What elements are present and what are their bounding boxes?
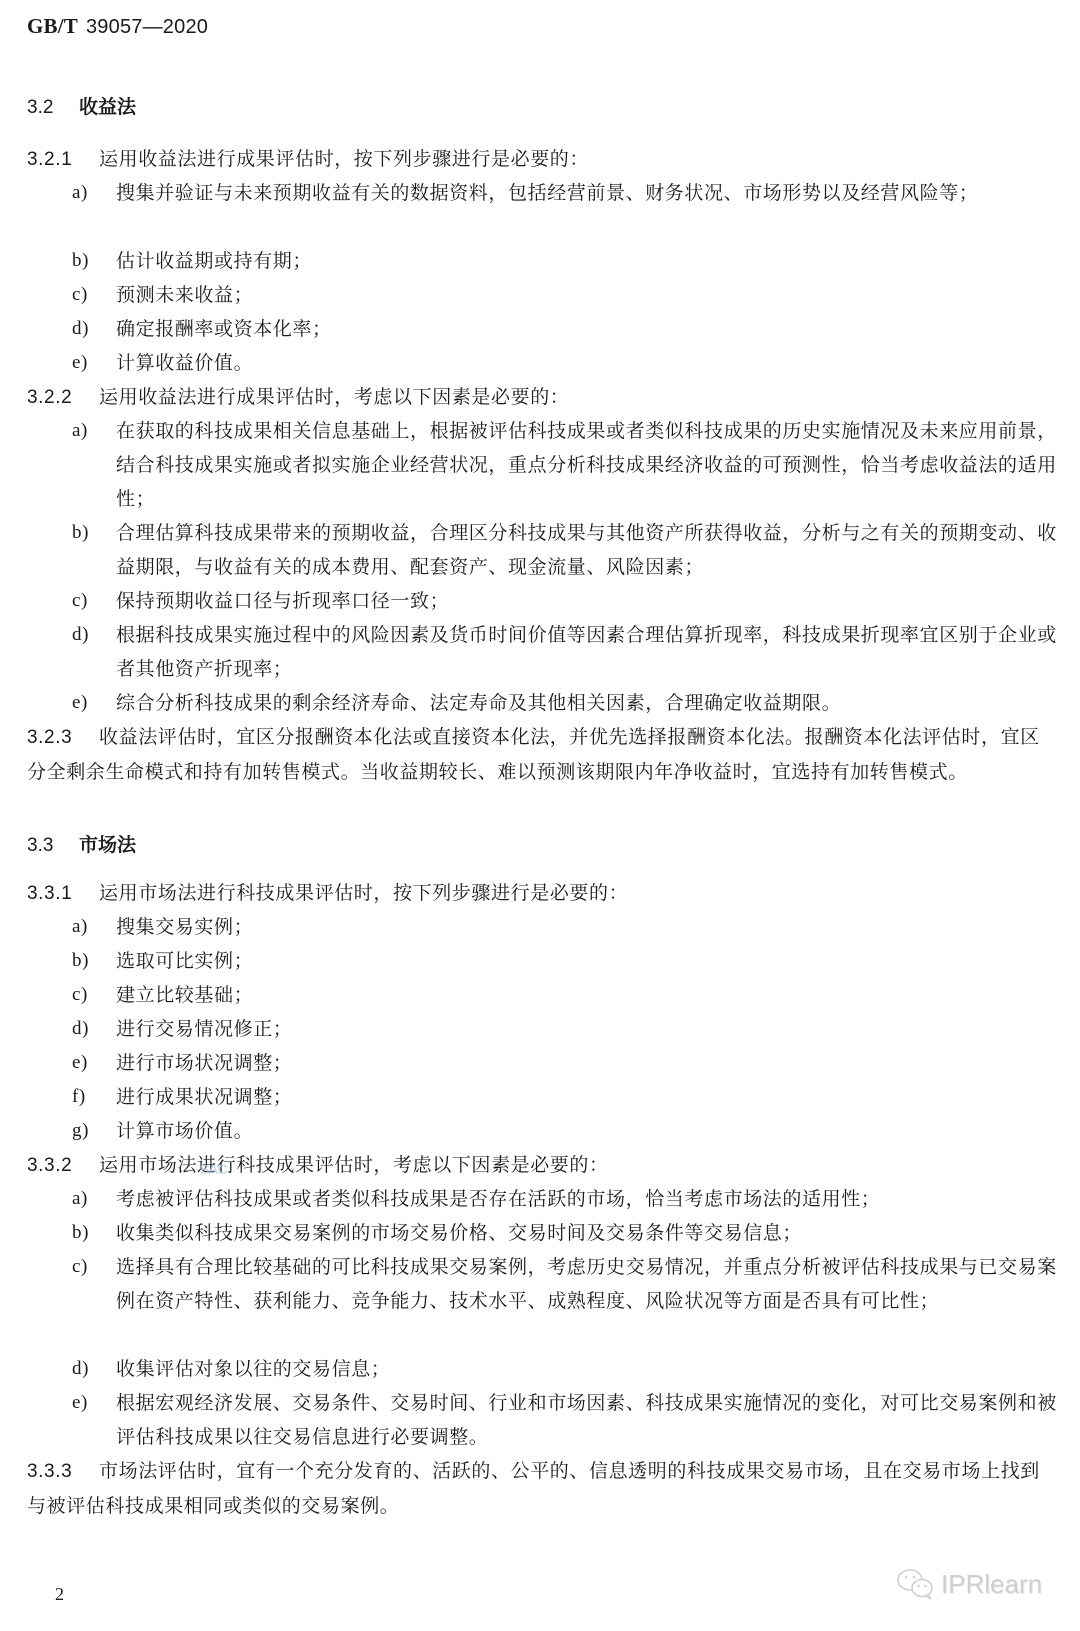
standard-prefix: GB/T xyxy=(27,14,78,38)
standard-code: GB/T39057—2020 xyxy=(27,14,208,39)
list-item: b)合理估算科技成果带来的预期收益，合理区分科技成果与其他资产所获得收益，分析与… xyxy=(72,516,1057,584)
list-item: e)进行市场状况调整； xyxy=(72,1046,1057,1080)
list-item: a)搜集交易实例； xyxy=(72,910,1057,944)
section-heading-3-3: 3.3市场法 xyxy=(27,830,136,857)
clause-text: 市场法评估时，宜有一个充分发育的、活跃的、公平的、信息透明的科技成果交易市场，且… xyxy=(27,1460,1040,1517)
list-item: f)进行成果状况调整； xyxy=(72,1080,1057,1114)
list-item: e)计算收益价值。 xyxy=(72,346,1057,380)
page-number: 2 xyxy=(55,1584,64,1605)
clause-3-2-1: 3.2.1运用收益法进行成果评估时，按下列步骤进行是必要的： xyxy=(27,142,1057,177)
list-item: e)根据宏观经济发展、交易条件、交易时间、行业和市场因素、科技成果实施情况的变化… xyxy=(72,1386,1057,1454)
wechat-icon xyxy=(895,1567,937,1601)
list-item: c)建立比较基础； xyxy=(72,978,1057,1012)
clause-3-3-3: 3.3.3市场法评估时，宜有一个充分发育的、活跃的、公平的、信息透明的科技成果交… xyxy=(27,1454,1057,1523)
clause-text: 运用收益法进行成果评估时，考虑以下因素是必要的： xyxy=(99,386,569,408)
list-item: c)选择具有合理比较基础的可比科技成果交易案例，考虑历史交易情况，并重点分析被评… xyxy=(72,1250,1057,1318)
wechat-watermark: IPRlearn xyxy=(895,1567,1042,1601)
list-item: d)收集评估对象以往的交易信息； xyxy=(72,1352,1057,1386)
list-item: a)考虑被评估科技成果或者类似科技成果是否存在活跃的市场，恰当考虑市场法的适用性… xyxy=(72,1182,1057,1216)
clause-3-3-2: 3.3.2运用市场法进行科技成果评估时，考虑以下因素是必要的： xyxy=(27,1148,1057,1183)
clause-text: 收益法评估时，宜区分报酬资本化法或直接资本化法，并优先选择报酬资本化法。报酬资本… xyxy=(27,726,1040,783)
clause-text: 运用市场法进行科技成果评估时，考虑以下因素是必要的： xyxy=(99,1154,609,1176)
sac-watermark: SAC xyxy=(200,1161,227,1177)
list-item: e)综合分析科技成果的剩余经济寿命、法定寿命及其他相关因素，合理确定收益期限。 xyxy=(72,686,1057,720)
list-item: g)计算市场价值。 xyxy=(72,1114,1057,1148)
list-item: b)选取可比实例； xyxy=(72,944,1057,978)
list-item: d)确定报酬率或资本化率； xyxy=(72,312,1057,346)
section-title: 市场法 xyxy=(79,834,136,856)
list-item: b)收集类似科技成果交易案例的市场交易价格、交易时间及交易条件等交易信息； xyxy=(72,1216,1057,1250)
list-item: a)在获取的科技成果相关信息基础上，根据被评估科技成果或者类似科技成果的历史实施… xyxy=(72,414,1057,516)
list-item: c)预测未来收益； xyxy=(72,278,1057,312)
list-item: b)估计收益期或持有期； xyxy=(72,244,1057,278)
list-item: c)保持预期收益口径与折现率口径一致； xyxy=(72,584,1057,618)
clause-3-2-3: 3.2.3收益法评估时，宜区分报酬资本化法或直接资本化法，并优先选择报酬资本化法… xyxy=(27,720,1057,789)
list-item: d)根据科技成果实施过程中的风险因素及货币时间价值等因素合理估算折现率，科技成果… xyxy=(72,618,1057,686)
clause-3-3-1: 3.3.1运用市场法进行科技成果评估时，按下列步骤进行是必要的： xyxy=(27,876,1057,911)
section-heading-3-2: 3.2收益法 xyxy=(27,92,136,119)
clause-3-2-2: 3.2.2运用收益法进行成果评估时，考虑以下因素是必要的： xyxy=(27,380,1057,415)
clause-text: 运用市场法进行科技成果评估时，按下列步骤进行是必要的： xyxy=(99,882,628,904)
section-title: 收益法 xyxy=(79,96,136,118)
clause-text: 运用收益法进行成果评估时，按下列步骤进行是必要的： xyxy=(99,148,589,170)
standard-number: 39057—2020 xyxy=(86,16,208,38)
list-item: a)搜集并验证与未来预期收益有关的数据资料，包括经营前景、财务状况、市场形势以及… xyxy=(72,176,1057,210)
wechat-account-name: IPRlearn xyxy=(941,1569,1042,1600)
list-item: d)进行交易情况修正； xyxy=(72,1012,1057,1046)
